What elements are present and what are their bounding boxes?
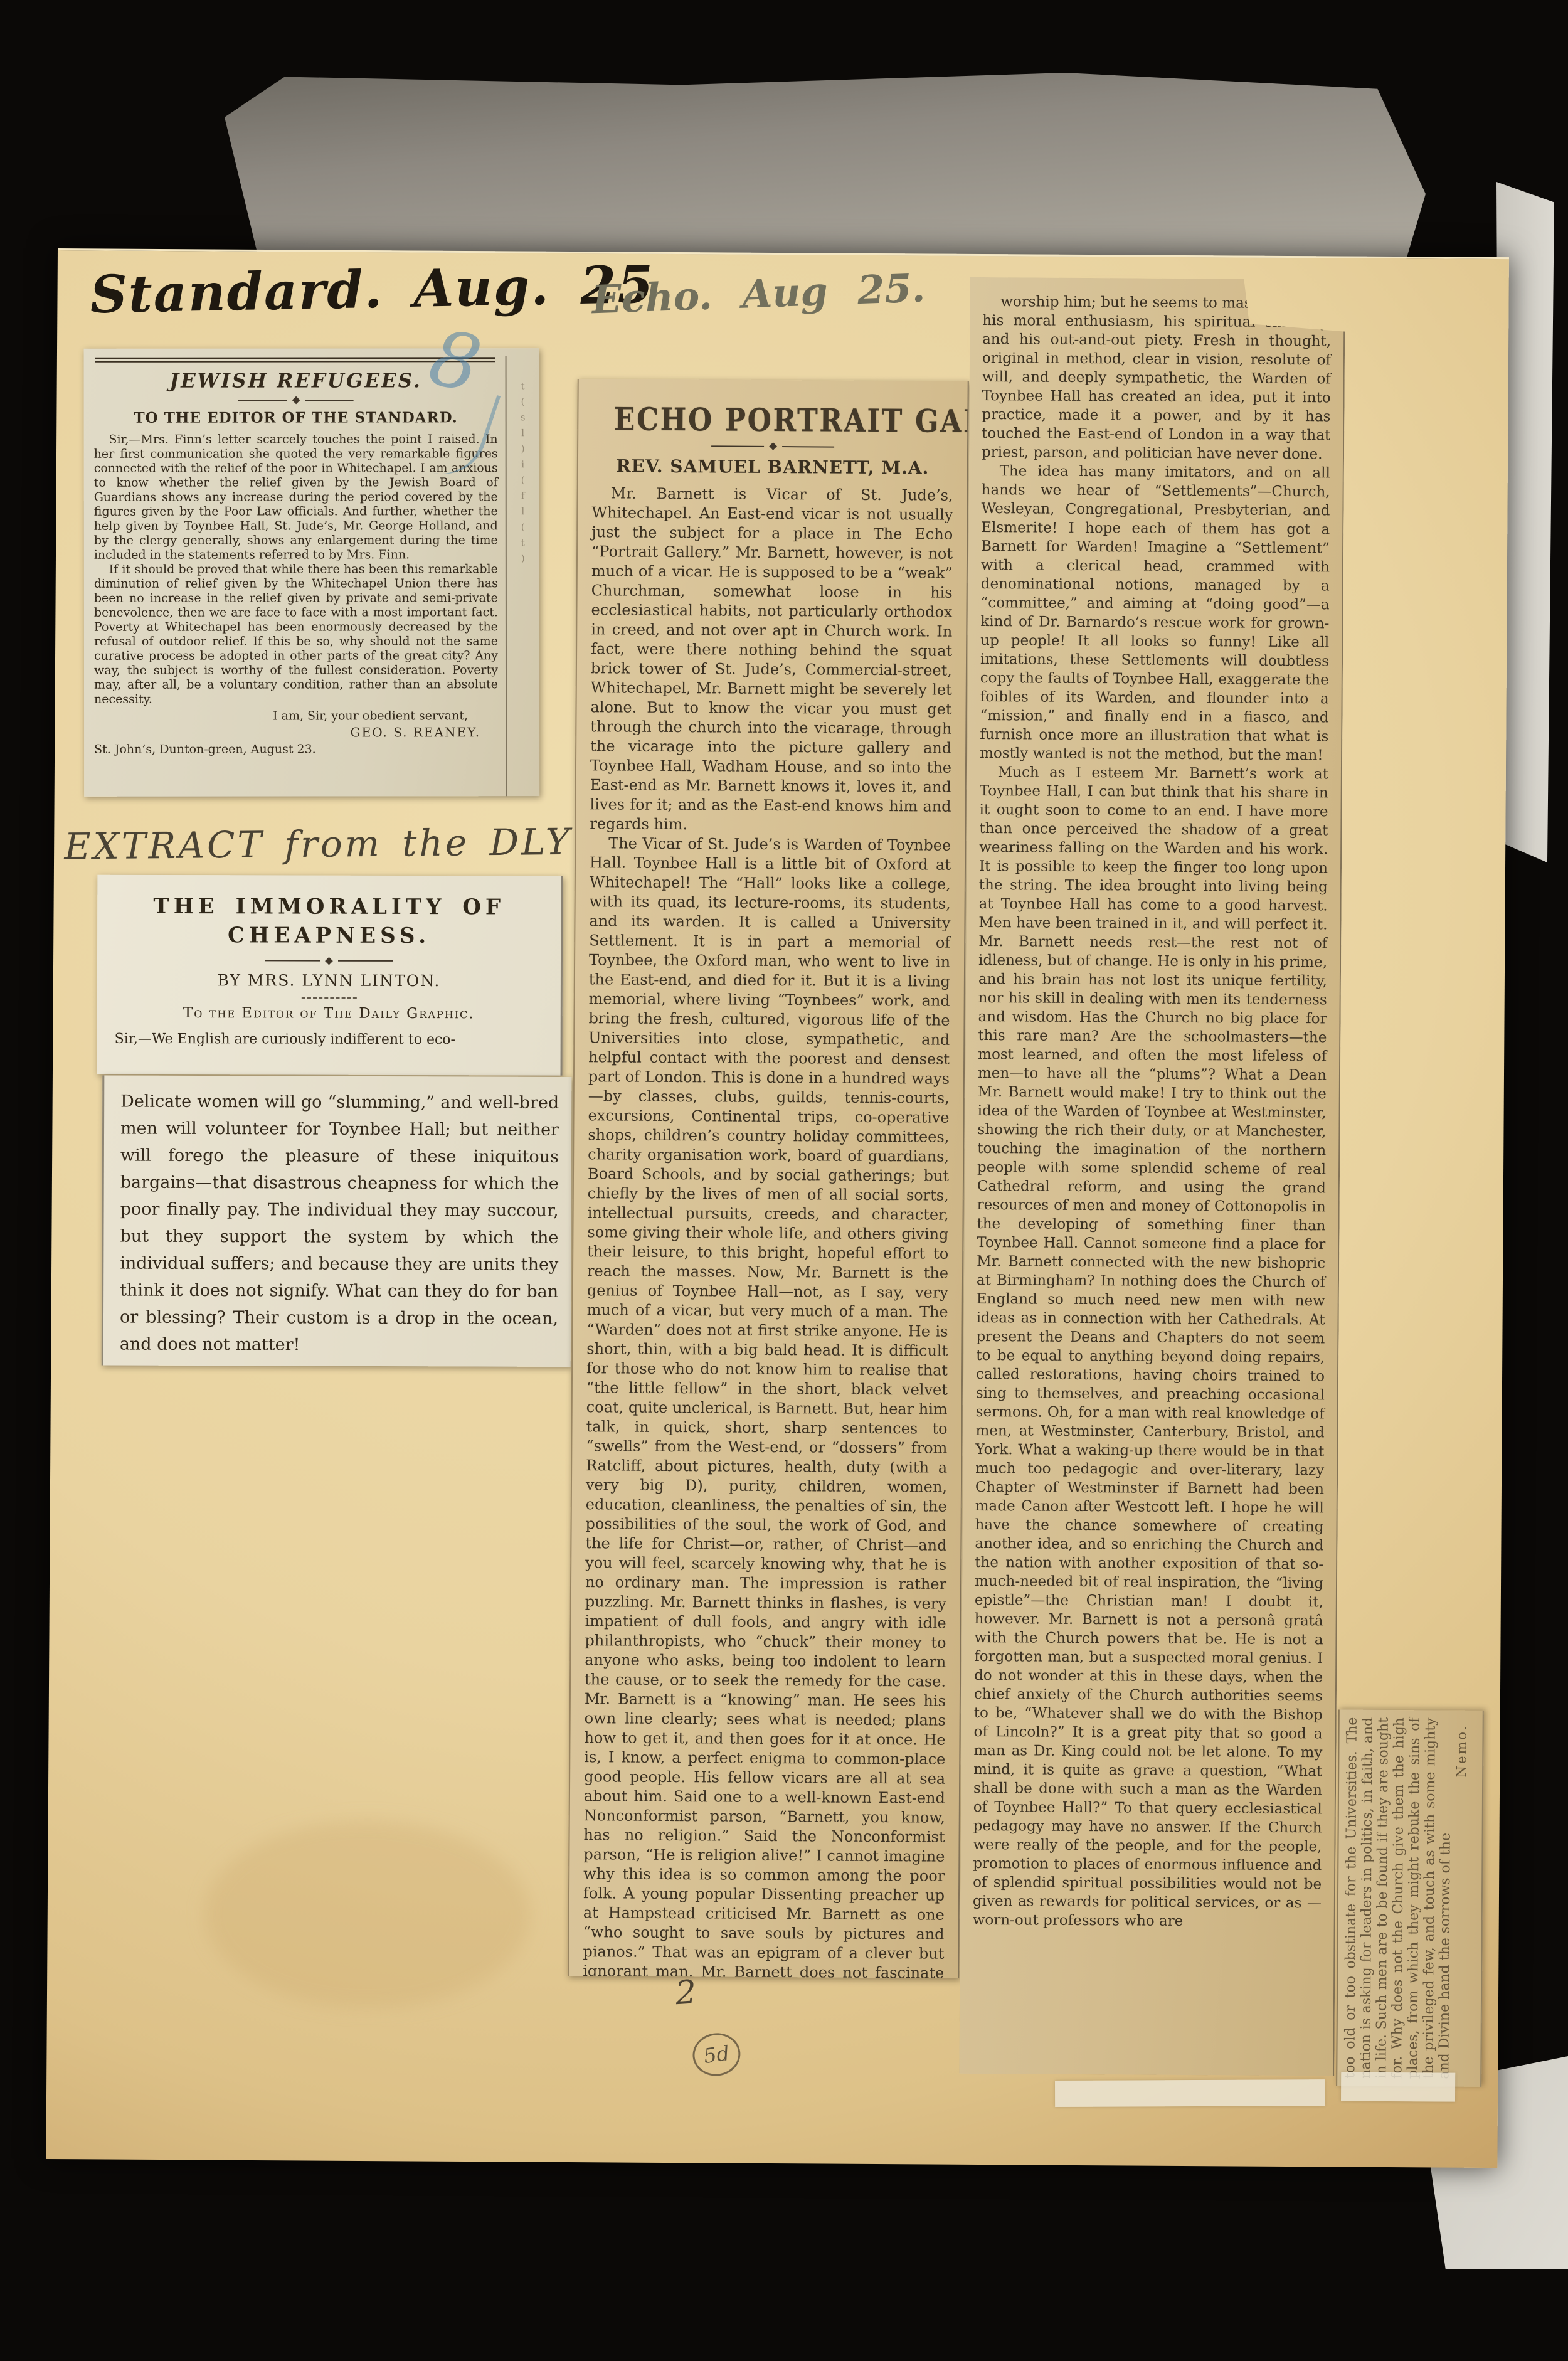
jewish-refugees-column: JEWISH REFUGEES. TO THE EDITOR OF THE ST…: [94, 356, 506, 797]
diamond-divider: [711, 443, 834, 449]
immorality-byline: BY MRS. LYNN LINTON.: [115, 971, 543, 990]
rotated-strip-paper: too old or too obstinate for the Univers…: [1336, 1710, 1484, 2087]
diamond-divider: [265, 958, 393, 964]
dash-divider: [301, 997, 356, 999]
immorality-extract-text: Delicate women will go “slumming,” and w…: [120, 1088, 559, 1359]
diamond-icon: [325, 957, 333, 965]
cut-column-fragments: t ( s l ) i ( f l ( t ): [506, 356, 540, 796]
echo-column2-body: worship him; but he seems to master men …: [973, 292, 1332, 1931]
handwritten-page-number: 2: [674, 1973, 697, 2012]
echo-masthead: ECHO PORTRAIT GALLERY: [614, 400, 932, 439]
immorality-title: THE IMMORALITY OF CHEAPNESS.: [115, 893, 543, 952]
clipping-echo-rotated-strip: too old or too obstinate for the Univers…: [1336, 1710, 1484, 2087]
tissue-paper: [225, 73, 1426, 275]
tape-patch: [1055, 2079, 1325, 2107]
echo-rotated-body: too old or too obstinate for the Univers…: [1342, 1717, 1454, 2079]
immorality-opening-line: Sir,—We English are curiously indifferen…: [115, 1031, 543, 1048]
jewish-refugees-dateline: St. John’s, Dunton-green, August 23.: [94, 742, 498, 756]
echo-column1-body: Mr. Barnett is Vicar of St. Jude’s, Whit…: [583, 484, 953, 1978]
album-page: Standard. Aug. 25 EXTRACT from the DLY G…: [46, 248, 1509, 2168]
jewish-refugees-closing: I am, Sir, your obedient servant,: [94, 709, 498, 723]
clipping-immorality-header: THE IMMORALITY OF CHEAPNESS. BY MRS. LYN…: [97, 875, 563, 1076]
diamond-icon: [769, 442, 777, 450]
blue-crayon-mark: 8: [423, 319, 487, 404]
photograph-backdrop: Standard. Aug. 25 EXTRACT from the DLY G…: [0, 0, 1568, 2361]
clipping-echo-column-2: worship him; but he seems to master men …: [959, 277, 1345, 2076]
clipping-echo-column-1: ECHO PORTRAIT GALLERY REV. SAMUEL BARNET…: [568, 379, 969, 1978]
diamond-icon: [292, 396, 300, 405]
clipping-immorality-extract: Delicate women will go “slumming,” and w…: [102, 1075, 572, 1367]
jewish-refugees-signature: GEO. S. REANEY.: [94, 724, 498, 740]
page-stain: [204, 1819, 531, 2009]
jewish-refugees-salutation: TO THE EDITOR OF THE STANDARD.: [94, 409, 498, 427]
echo-subtitle: REV. SAMUEL BARNETT, M.A.: [592, 455, 953, 479]
diamond-divider: [238, 397, 354, 403]
tape-patch: [1341, 2072, 1455, 2102]
echo-signature: Nemo.: [1452, 1718, 1470, 2079]
handwritten-source-standard: Standard. Aug. 25: [90, 255, 655, 325]
immorality-salutation: To the Editor of The Daily Graphic.: [115, 1005, 543, 1022]
catalog-mark: 5d: [690, 2030, 743, 2079]
